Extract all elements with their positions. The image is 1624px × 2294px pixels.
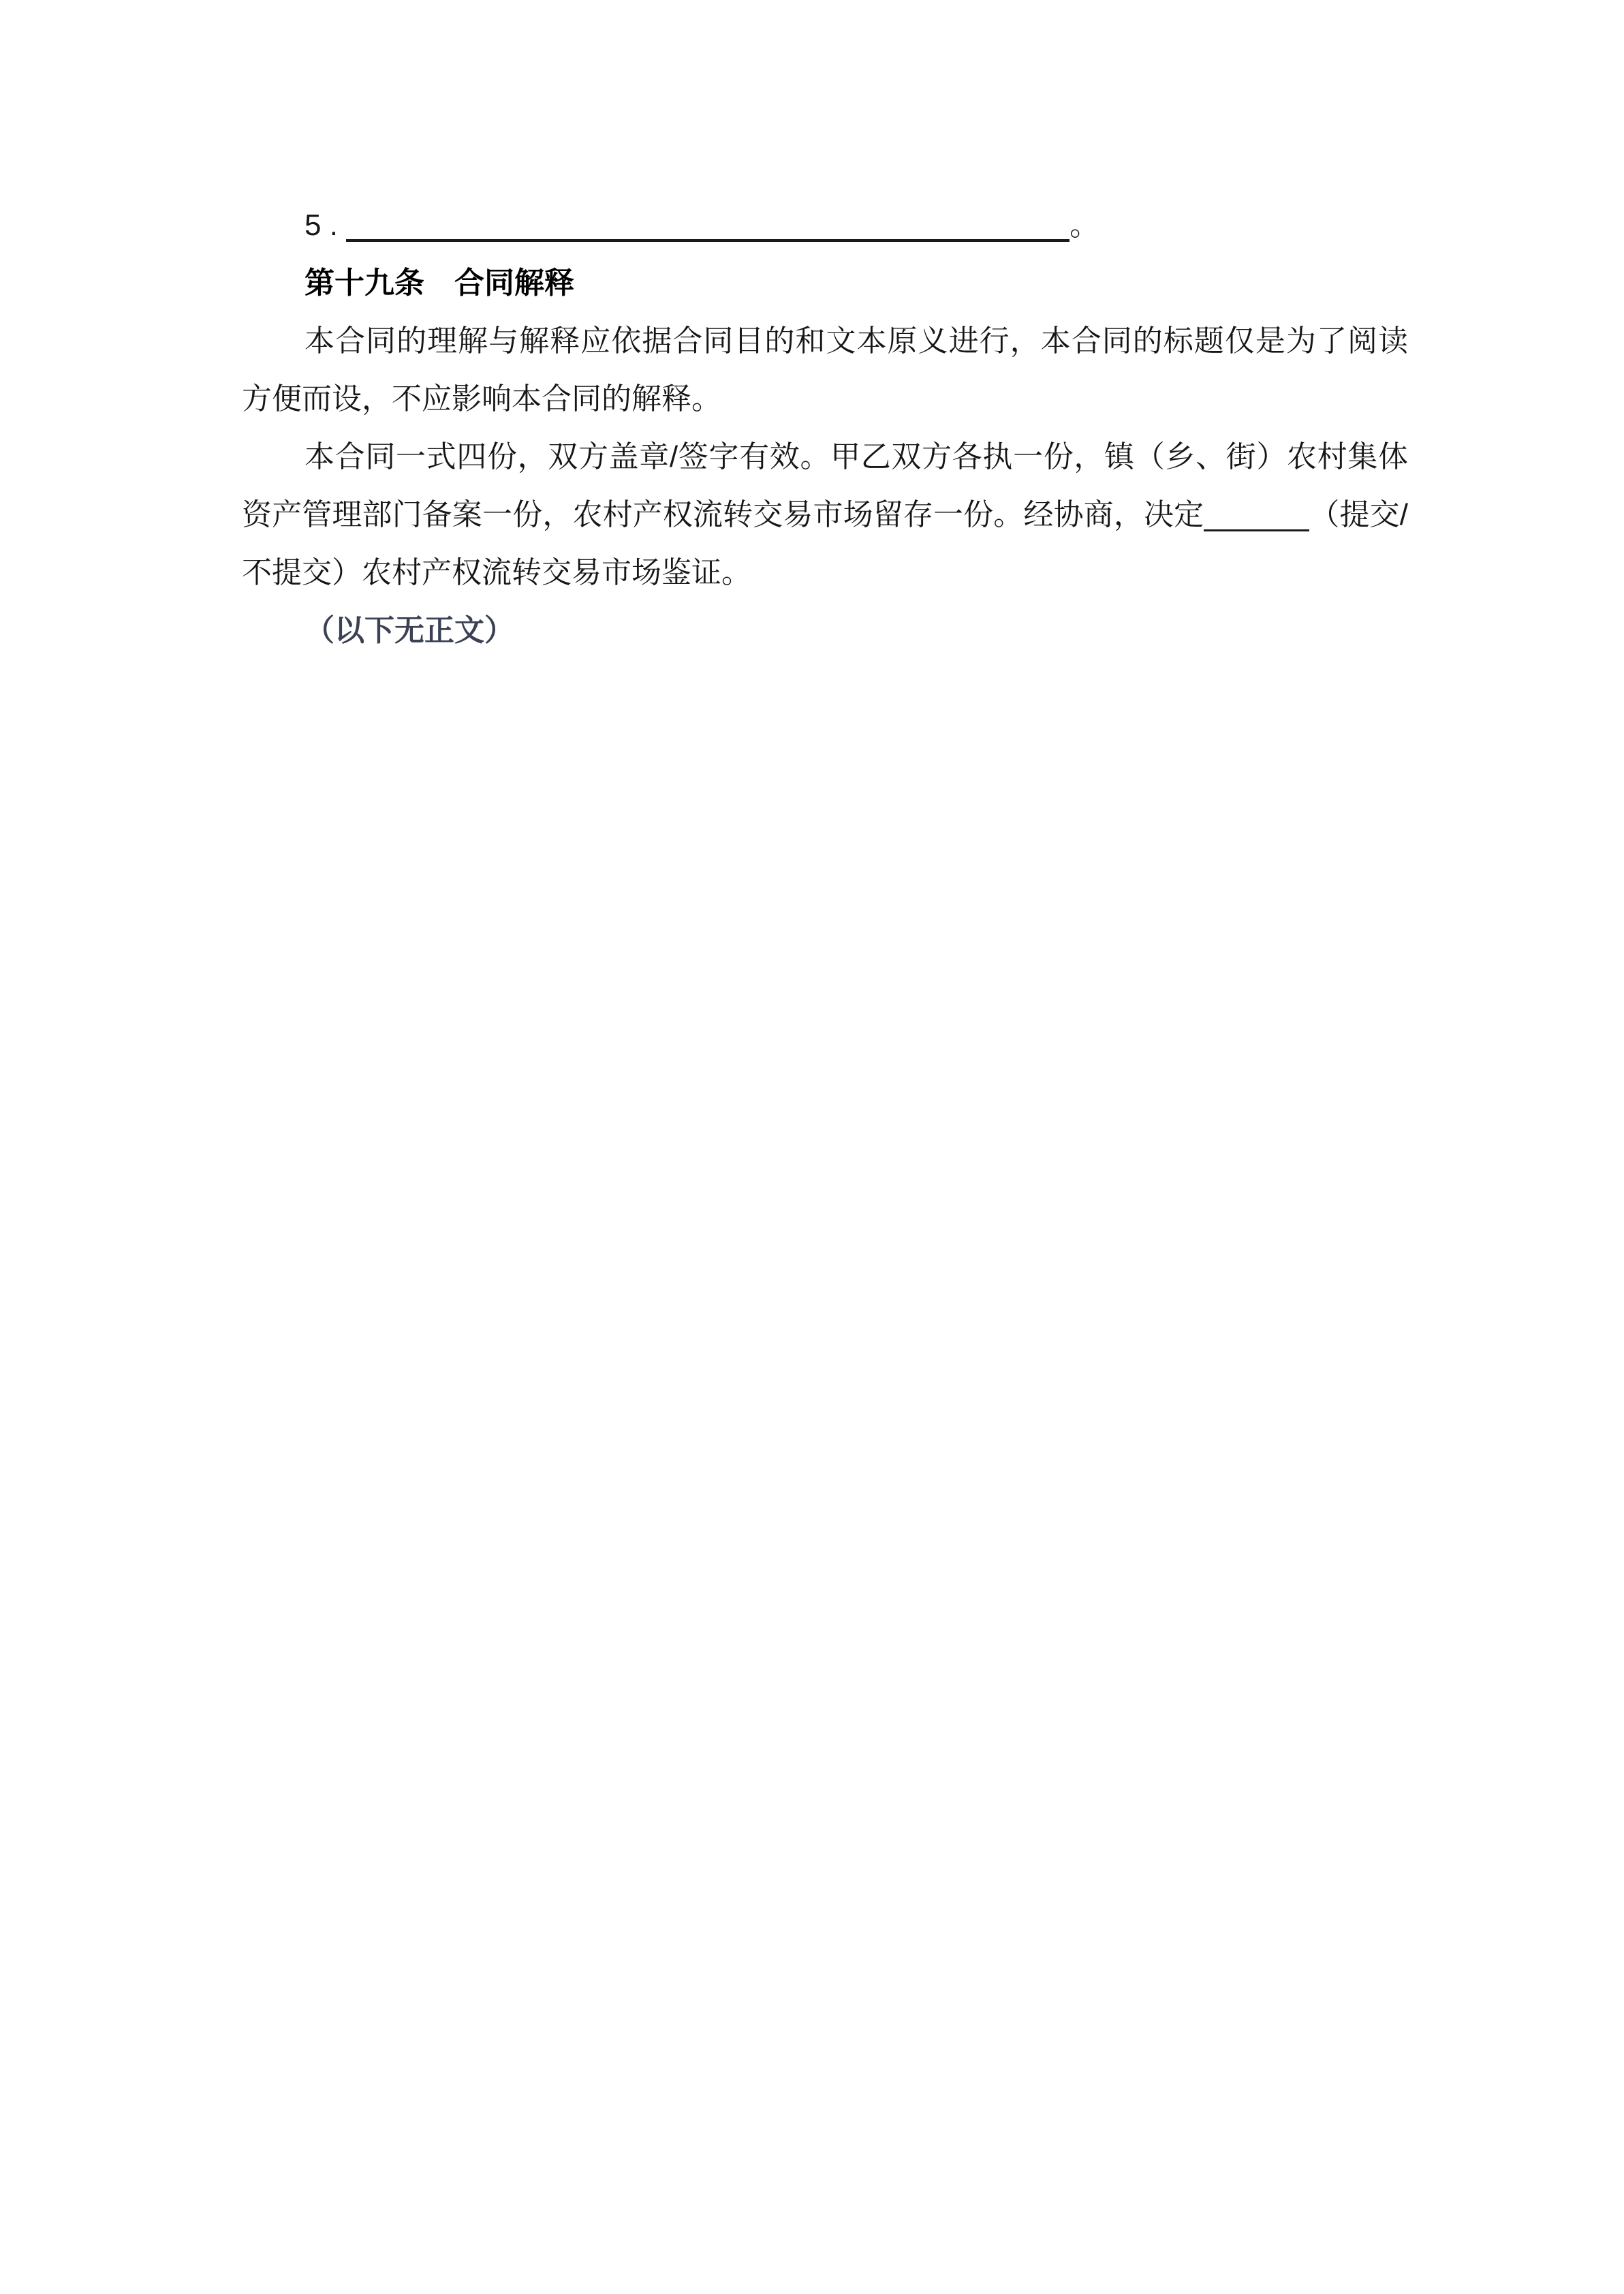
item-number: 5 .	[304, 208, 338, 242]
document-content: 5 . 。 第十九条合同解释 本合同的理解与解释应依据合同目的和文本原义进行，本…	[242, 196, 1408, 660]
article-title: 合同解释	[454, 266, 574, 300]
fill-in-blank-line	[346, 219, 1069, 242]
paragraph-interpretation: 本合同的理解与解释应依据合同目的和文本原义进行，本合同的标题仅是为了阅读方便而设…	[242, 312, 1408, 428]
end-note: （以下无正文）	[242, 602, 1408, 660]
document-page: 5 . 。 第十九条合同解释 本合同的理解与解释应依据合同目的和文本原义进行，本…	[0, 0, 1624, 2294]
article-number: 第十九条	[304, 266, 424, 300]
paragraph-interpretation-text: 本合同的理解与解释应依据合同目的和文本原义进行，本合同的标题仅是为了阅读方便而设…	[242, 324, 1408, 416]
numbered-item-5: 5 . 。	[242, 196, 1408, 254]
article-heading: 第十九条合同解释	[242, 254, 1408, 312]
end-note-text: （以下无正文）	[304, 614, 514, 647]
paragraph-copies: 本合同一式四份，双方盖章/签字有效。甲乙双方各执一份，镇（乡、街）农村集体资产管…	[242, 428, 1408, 602]
item-period: 。	[1069, 208, 1099, 242]
decision-fill-in-blank	[1204, 509, 1309, 531]
